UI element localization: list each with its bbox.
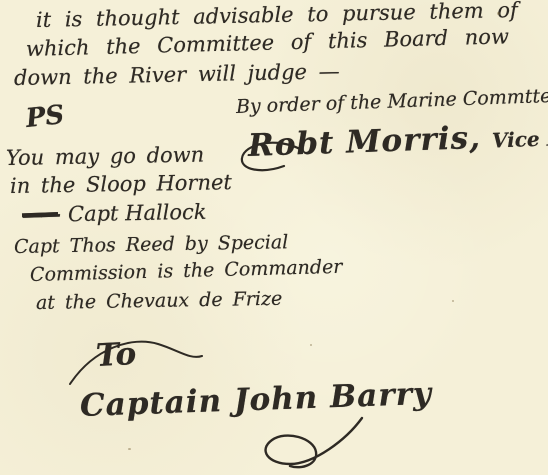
address-salutation: To xyxy=(95,336,137,374)
address-recipient: Captain John Barry xyxy=(79,376,432,424)
postscript-captain-name: Capt Hallock xyxy=(68,200,207,226)
closing-order-line: By order of the Marine Commtte xyxy=(236,85,548,118)
struck-out-word: —— xyxy=(22,201,59,227)
postscript-label: PS xyxy=(24,100,65,134)
paper-speck xyxy=(310,344,312,346)
note-line-1: Capt Thos Reed by Special xyxy=(14,231,289,258)
note-line-3: at the Chevaux de Frize xyxy=(36,288,283,314)
recipient-flourish xyxy=(250,412,370,472)
signature-name: Robt Morris, xyxy=(247,120,481,164)
postscript-line-2: in the Sloop Hornet xyxy=(10,170,232,198)
manuscript-page: it is thought advisable to pursue them o… xyxy=(0,0,548,475)
postscript-line-3: ——Capt Hallock xyxy=(22,199,207,227)
note-line-2: Commission is the Commander xyxy=(30,256,343,286)
postscript-line-1: You may go down xyxy=(6,143,205,170)
signature-block: Robt Morris, Vice Prest xyxy=(247,116,548,164)
signature-title: Vice Prest xyxy=(492,125,548,153)
paper-speck xyxy=(128,448,131,450)
paper-speck xyxy=(497,12,500,15)
paper-speck xyxy=(452,300,454,302)
letter-body-line-3: down the River will judge — xyxy=(14,59,340,90)
